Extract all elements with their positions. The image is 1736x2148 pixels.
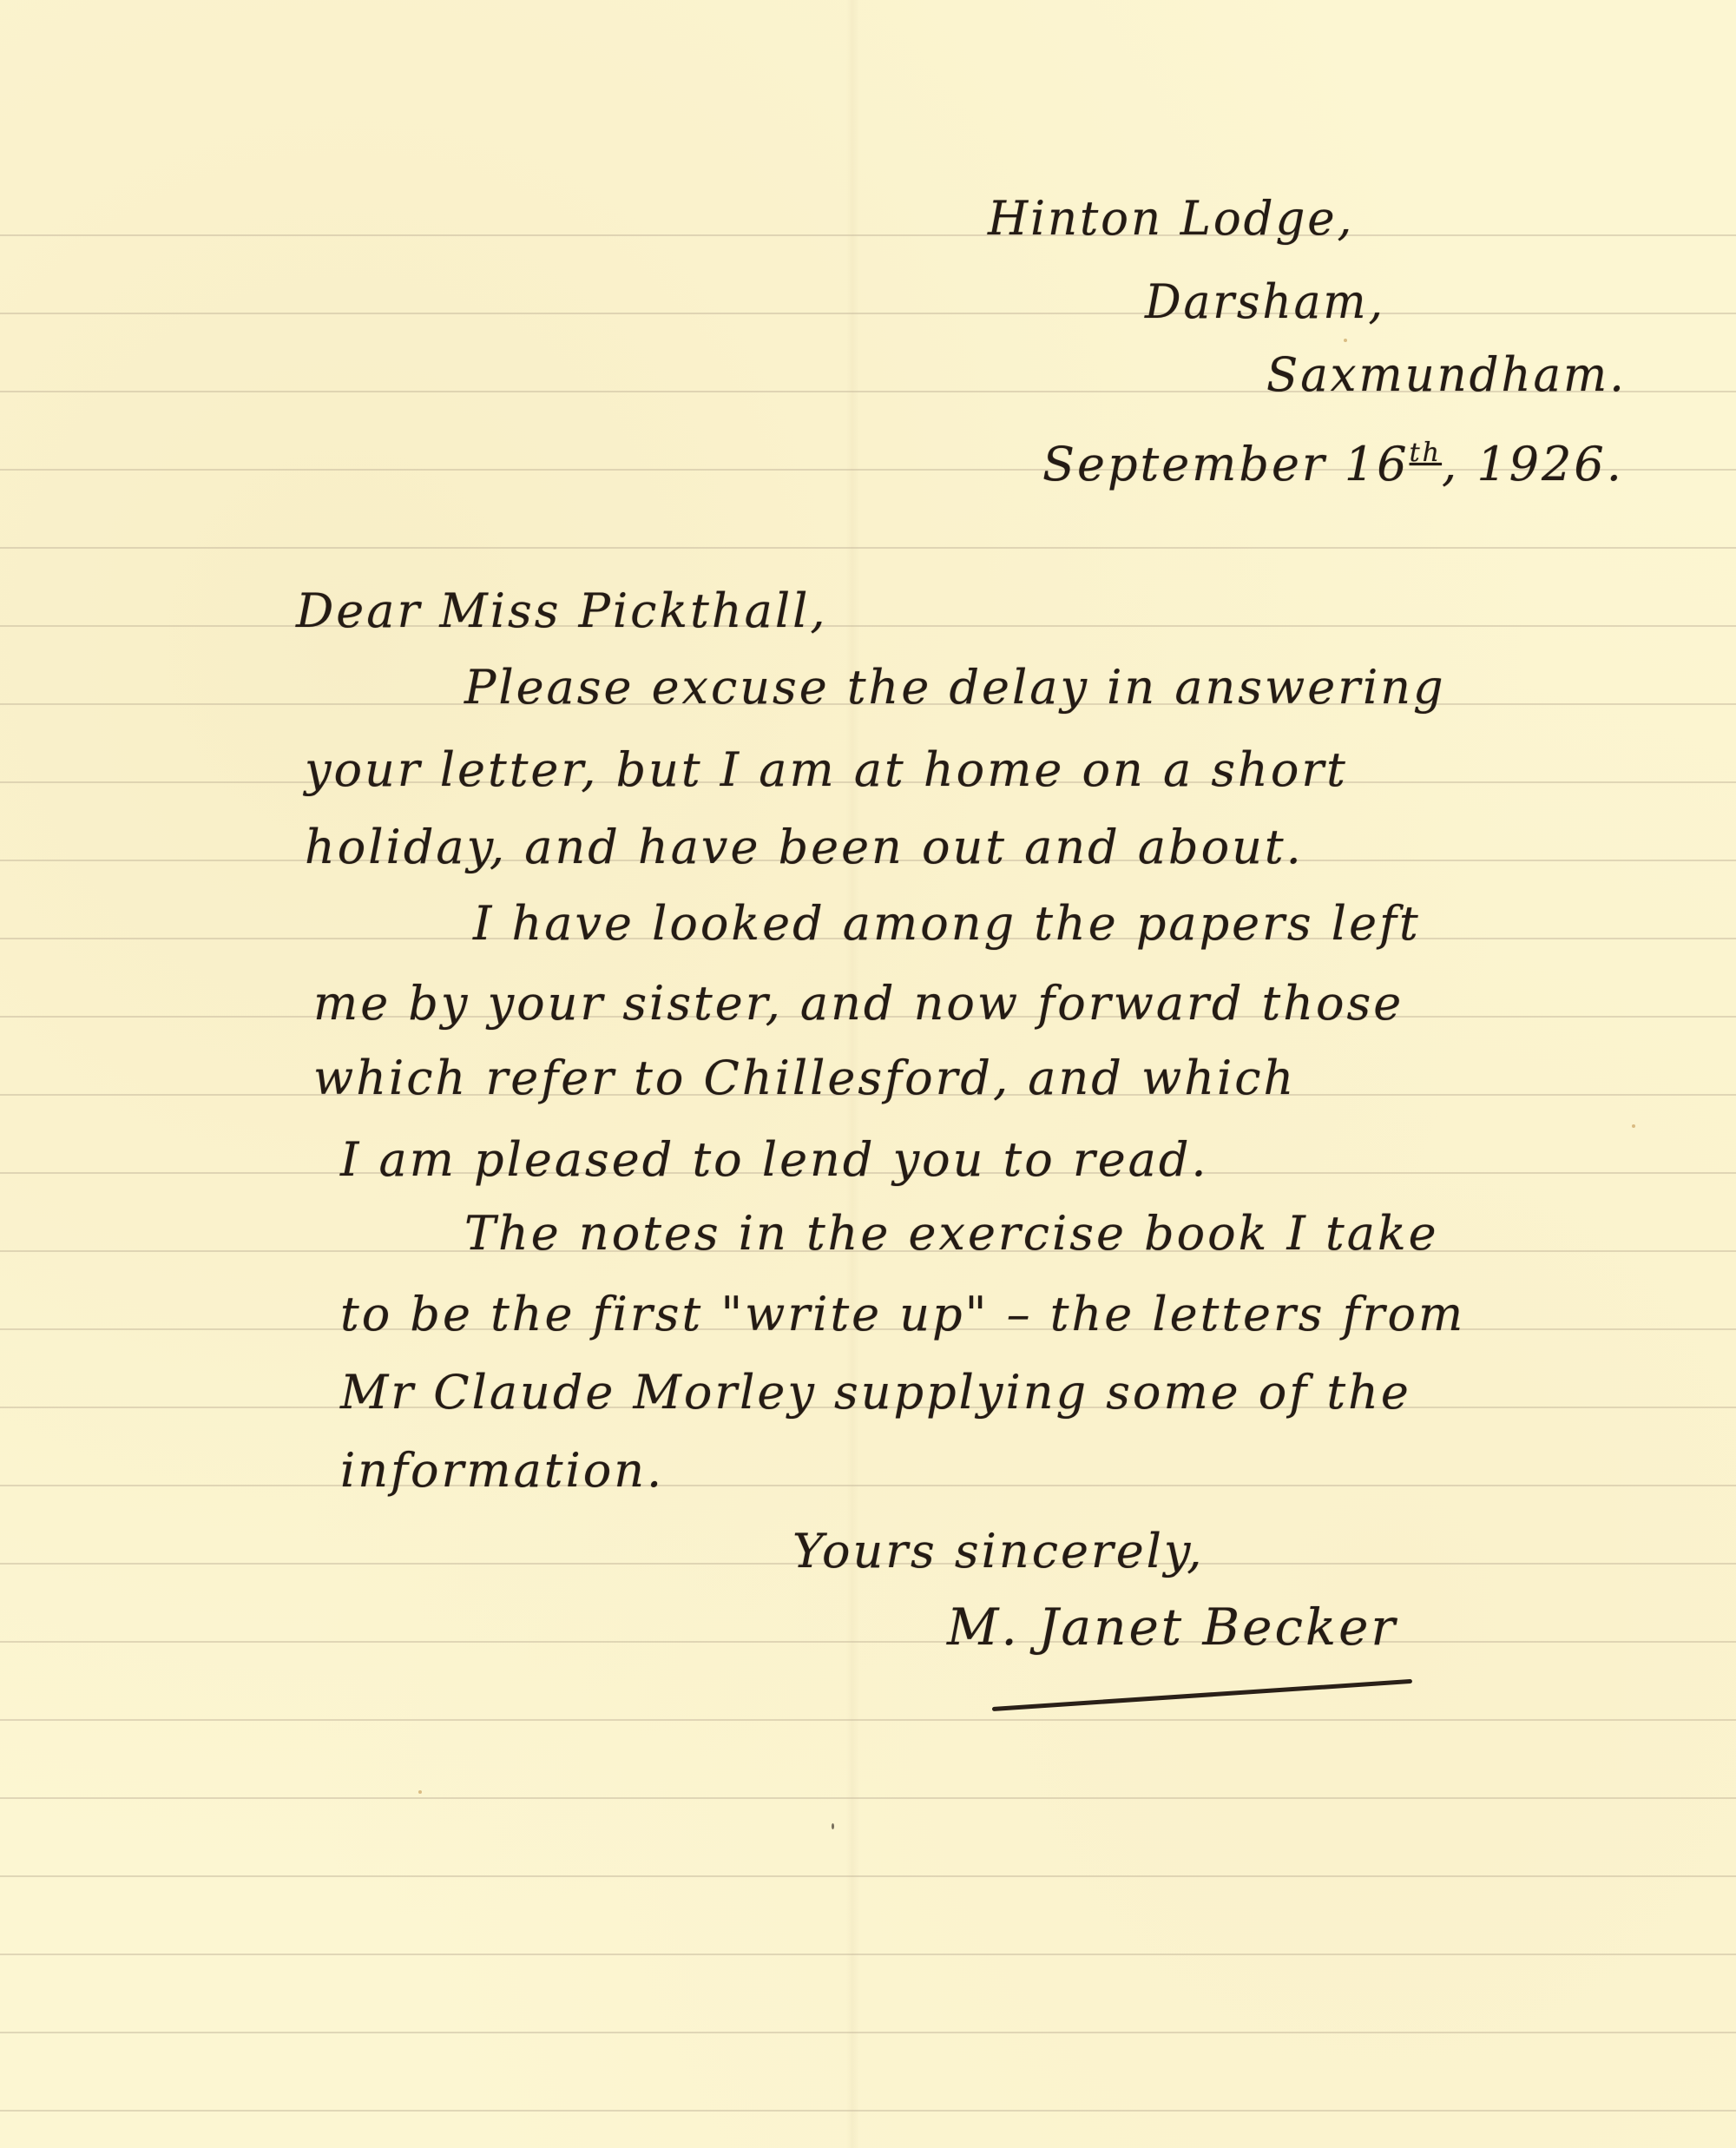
body-line: to be the first "write up" – the letters…: [340, 1288, 1465, 1341]
body-line: I am pleased to lend you to read.: [340, 1134, 1209, 1186]
paper-speck: [418, 1790, 422, 1794]
date-ordinal: th: [1410, 438, 1442, 468]
ruled-line: [0, 1485, 1736, 1486]
ruled-line: [0, 234, 1736, 236]
body-line: your letter, but I am at home on a short: [305, 744, 1348, 796]
body-line: information.: [340, 1445, 664, 1497]
signature-underline: [992, 1679, 1412, 1711]
ruled-line: [0, 2110, 1736, 2112]
ruled-line: [0, 1954, 1736, 1955]
ruled-line: [0, 1875, 1736, 1877]
paper-speck: [1344, 339, 1347, 342]
ruled-line: [0, 625, 1736, 627]
ruled-line: [0, 547, 1736, 549]
body-line: I have looked among the papers left: [473, 898, 1421, 950]
letter-page: Hinton Lodge, Darsham, Saxmundham. Septe…: [0, 0, 1736, 2148]
date-month-day: September 16: [1042, 437, 1410, 491]
body-line: The notes in the exercise book I take: [464, 1208, 1439, 1260]
address-line-3: Saxmundham.: [1266, 349, 1627, 401]
salutation: Dear Miss Pickthall,: [296, 585, 828, 637]
ruled-line: [0, 313, 1736, 314]
paper-speck: [1632, 1124, 1635, 1128]
body-line: me by your sister, and now forward those: [313, 978, 1404, 1030]
body-line: Please excuse the delay in answering: [464, 662, 1446, 714]
ruled-line: [0, 1719, 1736, 1721]
signature: M. Janet Becker: [947, 1601, 1397, 1653]
date-year: , 1926.: [1442, 437, 1624, 491]
paper-speck: [832, 1823, 834, 1829]
address-line-2: Darsham,: [1145, 276, 1385, 328]
valediction: Yours sincerely,: [792, 1525, 1204, 1578]
letter-date: September 16th, 1926.: [1042, 427, 1624, 491]
address-line-1: Hinton Lodge,: [988, 193, 1354, 245]
body-line: holiday, and have been out and about.: [305, 821, 1304, 873]
ruled-line: [0, 2032, 1736, 2033]
body-line: Mr Claude Morley supplying some of the: [340, 1367, 1411, 1419]
ruled-line: [0, 1641, 1736, 1643]
body-line: which refer to Chillesford, and which: [313, 1052, 1296, 1104]
ruled-line: [0, 1797, 1736, 1799]
